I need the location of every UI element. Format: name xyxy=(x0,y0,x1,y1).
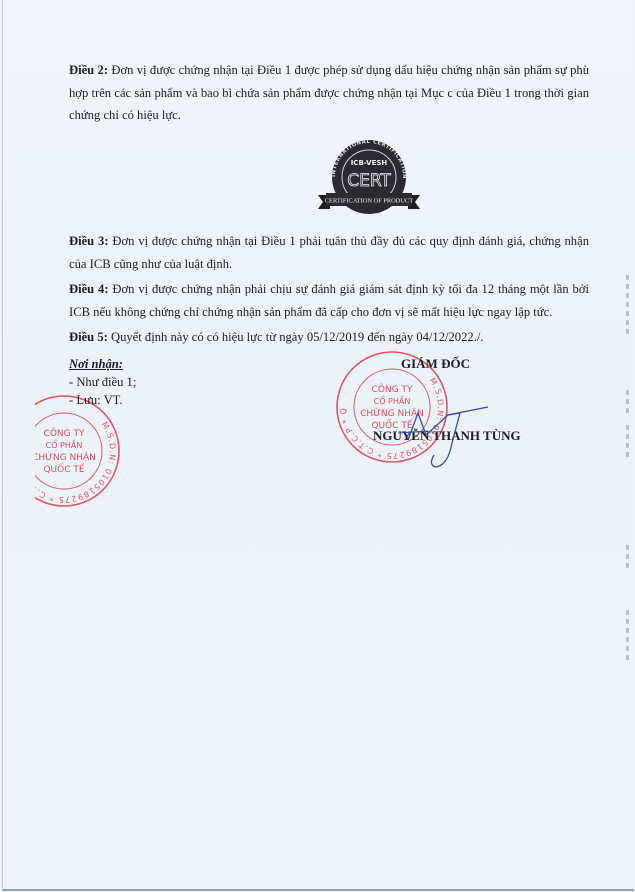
article-5-label: Điều 5: xyxy=(69,330,108,344)
article-4-text: Đơn vị được chứng nhận phải chịu sự đánh… xyxy=(69,282,589,319)
handwritten-signature xyxy=(388,395,498,475)
svg-text:CỔ PHẦN: CỔ PHẦN xyxy=(46,438,83,450)
svg-text:CERTIFICATION OF PRODUCT: CERTIFICATION OF PRODUCT xyxy=(325,197,413,204)
recipients-title: Nơi nhận: xyxy=(69,355,136,373)
punch-marks xyxy=(626,610,630,664)
recipient-item: - Lưu: VT. xyxy=(69,391,136,409)
company-stamp-partial: M.S.D.N: 0105189275 * C.T.C.P * Q. HOÀNG… xyxy=(5,392,123,510)
article-4-label: Điều 4: xyxy=(69,282,109,296)
article-2-label: Điều 2: xyxy=(69,63,108,77)
svg-text:CHỨNG NHẬN: CHỨNG NHẬN xyxy=(32,451,96,463)
article-3-label: Điều 3: xyxy=(69,234,109,248)
punch-marks xyxy=(626,425,630,461)
article-2: Điều 2: Đơn vị được chứng nhận tại Điều … xyxy=(69,59,589,127)
svg-text:CÔNG TY: CÔNG TY xyxy=(372,383,413,395)
punch-marks xyxy=(626,545,630,572)
icb-cert-logo: INTERNATIONAL CERTIFICATION BODY ICB-VES… xyxy=(316,137,422,219)
document-page: Điều 2: Đơn vị được chứng nhận tại Điều … xyxy=(2,0,634,891)
article-3: Điều 3: Đơn vị được chứng nhận tại Điều … xyxy=(69,230,589,275)
svg-text:CERT: CERT xyxy=(347,171,391,191)
article-5: Điều 5: Quyết định này có có hiệu lực từ… xyxy=(69,326,609,349)
punch-marks xyxy=(626,390,630,417)
recipients-block: Nơi nhận: - Như điều 1; - Lưu: VT. xyxy=(69,355,136,409)
article-4: Điều 4: Đơn vị được chứng nhận phải chịu… xyxy=(69,278,589,323)
svg-text:ICB-VESH: ICB-VESH xyxy=(351,159,388,167)
article-5-text: Quyết định này có có hiệu lực từ ngày 05… xyxy=(108,330,484,344)
punch-marks xyxy=(626,275,630,338)
svg-text:CÔNG TY: CÔNG TY xyxy=(44,427,85,439)
signer-title: GIÁM ĐỐC xyxy=(401,356,470,372)
recipient-item: - Như điều 1; xyxy=(69,373,136,391)
article-2-text: Đơn vị được chứng nhận tại Điều 1 được p… xyxy=(69,63,589,122)
article-3-text: Đơn vị được chứng nhận tại Điều 1 phải t… xyxy=(69,234,589,271)
svg-text:QUỐC TẾ: QUỐC TẾ xyxy=(43,462,84,475)
